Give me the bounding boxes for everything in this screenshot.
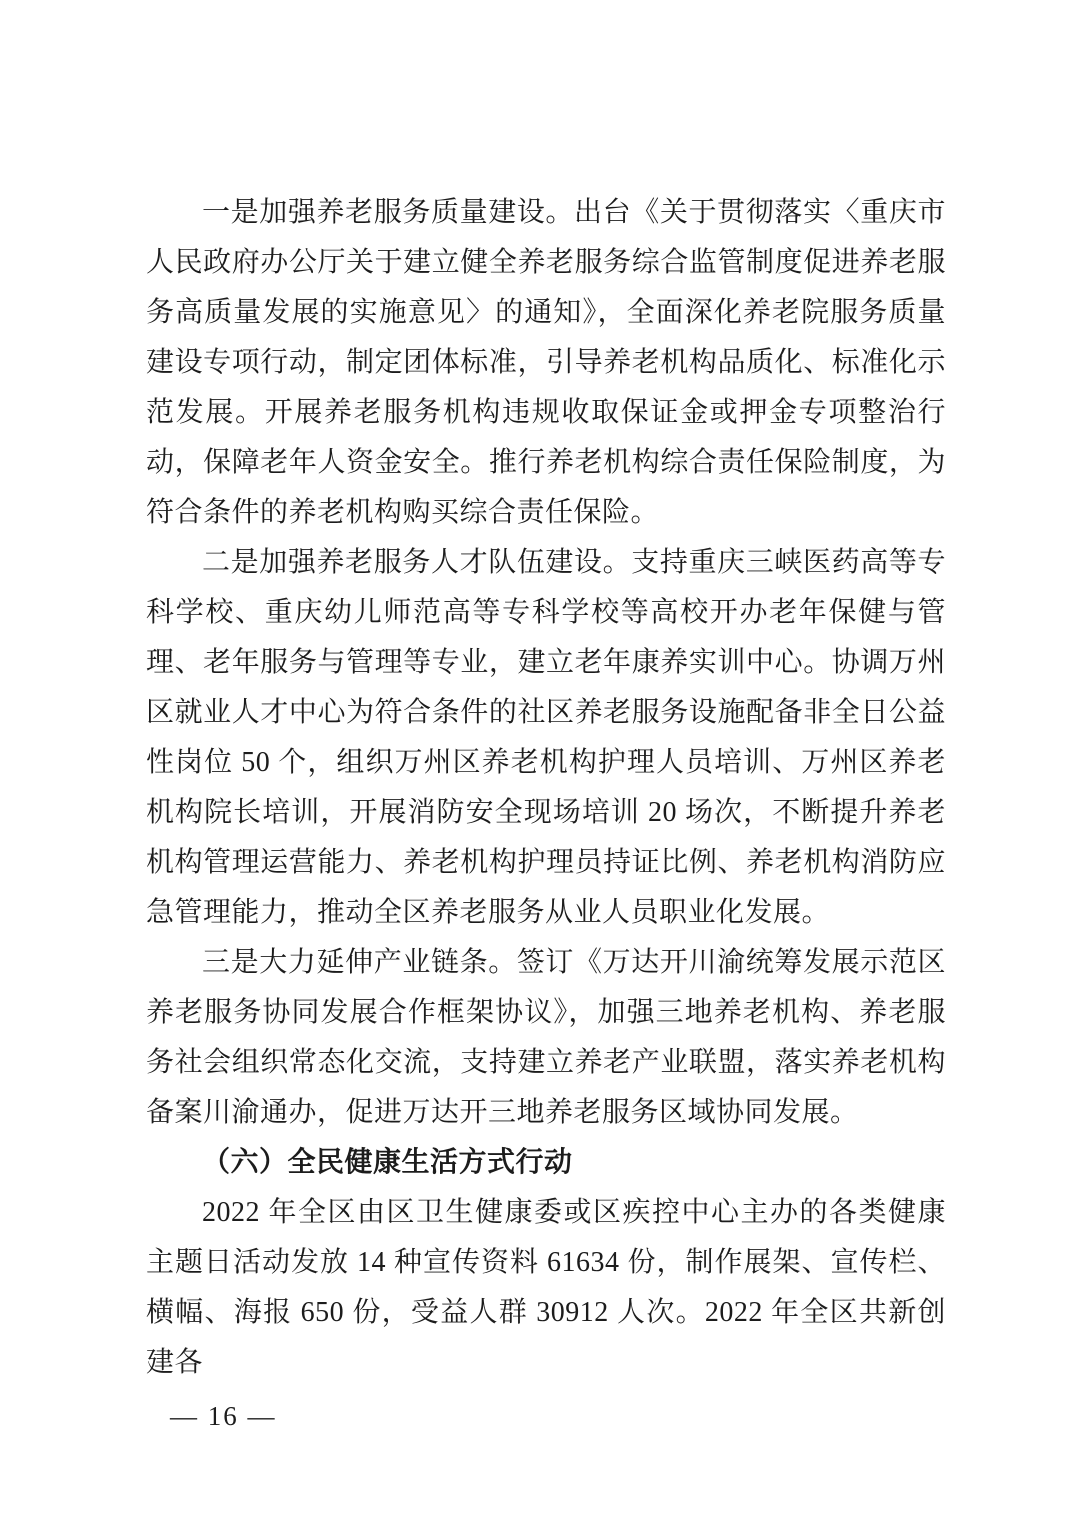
paragraph-industry-chain-extension: 三是大力延伸产业链条。签订《万达开川渝统筹发展示范区养老服务协同发展合作框架协议… [146,938,946,1138]
document-page: 一是加强养老服务质量建设。出台《关于贯彻落实〈重庆市人民政府办公厅关于建立健全养… [0,0,1074,1520]
section-heading-healthy-lifestyle-action: （六）全民健康生活方式行动 [146,1138,946,1188]
page-content: 一是加强养老服务质量建设。出台《关于贯彻落实〈重庆市人民政府办公厅关于建立健全养… [146,188,946,1388]
paragraph-health-campaign-stats: 2022 年全区由区卫生健康委或区疾控中心主办的各类健康主题日活动发放 14 种… [146,1188,946,1388]
paragraph-elderly-service-talent: 二是加强养老服务人才队伍建设。支持重庆三峡医药高等专科学校、重庆幼儿师范高等专科… [146,538,946,938]
paragraph-elderly-service-quality: 一是加强养老服务质量建设。出台《关于贯彻落实〈重庆市人民政府办公厅关于建立健全养… [146,188,946,538]
page-footer: — 16 — [170,1398,277,1434]
page-number: — 16 — [170,1401,277,1431]
